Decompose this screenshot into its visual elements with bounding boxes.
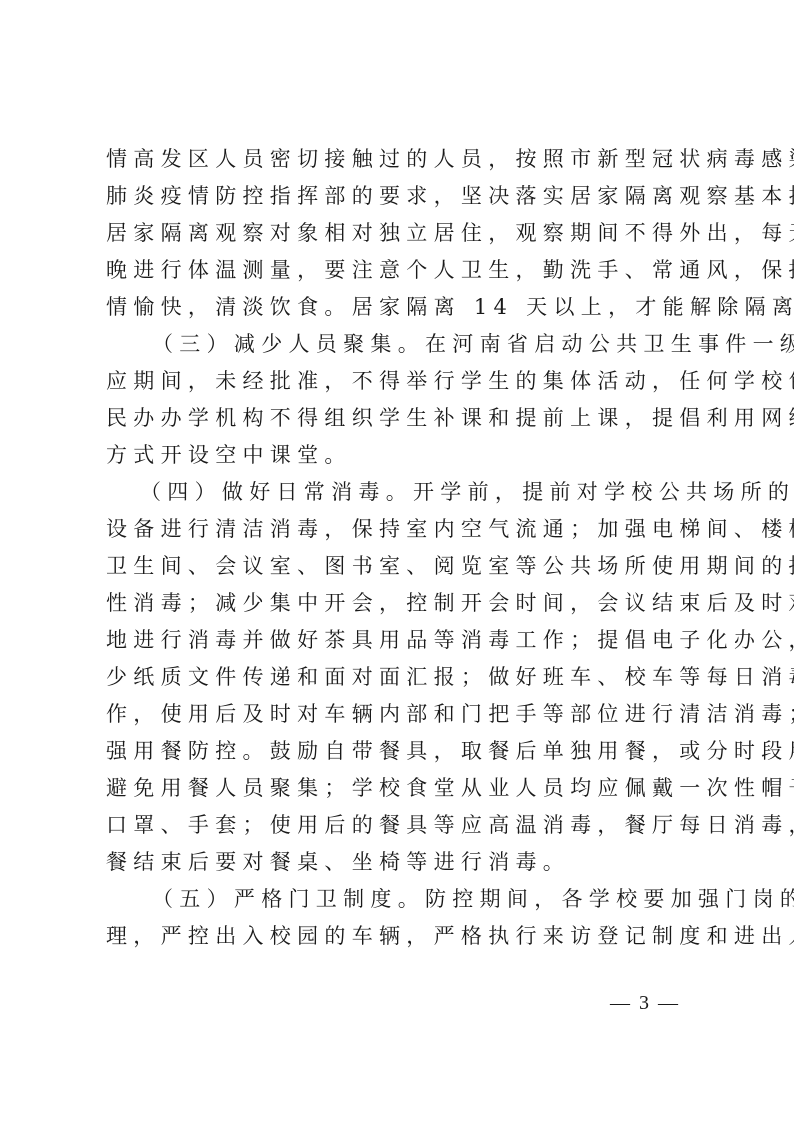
text-line: 情愉快，清淡饮食。居家隔离 14 天以上，才能解除隔离观察。 <box>106 289 688 326</box>
text-line: 理，严控出入校园的车辆，严格执行来访登记制度和进出入人 <box>106 918 688 955</box>
text-line: 地进行消毒并做好茶具用品等消毒工作；提倡电子化办公，减 <box>106 622 688 659</box>
text-line: 民办办学机构不得组织学生补课和提前上课，提倡利用网络等 <box>106 400 688 437</box>
text-line: 餐结束后要对餐桌、坐椅等进行消毒。 <box>106 844 688 881</box>
text-line: 口罩、手套；使用后的餐具等应高温消毒，餐厅每日消毒，就 <box>106 807 688 844</box>
text-line: 性消毒；减少集中开会，控制开会时间，会议结束后及时对场 <box>106 585 688 622</box>
paragraph-section-3: （三）减少人员聚集。在河南省启动公共卫生事件一级响 应期间，未经批准，不得举行学… <box>106 326 688 474</box>
text-line: 避免用餐人员聚集；学校食堂从业人员均应佩戴一次性帽子、 <box>106 770 688 807</box>
text-line: 方式开设空中课堂。 <box>106 437 688 474</box>
section-heading-line: （三）减少人员聚集。在河南省启动公共卫生事件一级响 <box>106 326 688 363</box>
paragraph-section-5: （五）严格门卫制度。防控期间，各学校要加强门岗的管 理，严控出入校园的车辆，严格… <box>106 881 688 955</box>
text-line: 卫生间、会议室、图书室、阅览室等公共场所使用期间的持续 <box>106 548 688 585</box>
section-heading-line: （五）严格门卫制度。防控期间，各学校要加强门岗的管 <box>106 881 688 918</box>
text-line: 强用餐防控。鼓励自带餐具，取餐后单独用餐，或分时段用餐， <box>106 733 688 770</box>
text-line: 情高发区人员密切接触过的人员，按照市新型冠状病毒感染的 <box>106 141 688 178</box>
text-line: 设备进行清洁消毒，保持室内空气流通；加强电梯间、楼梯间、 <box>106 511 688 548</box>
text-line: 少纸质文件传递和面对面汇报；做好班车、校车等每日消毒工 <box>106 659 688 696</box>
page-number: — 3 — <box>610 990 680 1016</box>
text-line: 作，使用后及时对车辆内部和门把手等部位进行清洁消毒；加 <box>106 696 688 733</box>
body-text: 情高发区人员密切接触过的人员，按照市新型冠状病毒感染的 肺炎疫情防控指挥部的要求… <box>106 141 688 955</box>
text-line: 居家隔离观察对象相对独立居住，观察期间不得外出，每天早 <box>106 215 688 252</box>
paragraph-continuation: 情高发区人员密切接触过的人员，按照市新型冠状病毒感染的 肺炎疫情防控指挥部的要求… <box>106 141 688 326</box>
section-heading-line: （四）做好日常消毒。开学前，提前对学校公共场所的设施 <box>106 474 688 511</box>
document-page: 情高发区人员密切接触过的人员，按照市新型冠状病毒感染的 肺炎疫情防控指挥部的要求… <box>0 0 794 1123</box>
text-line: 应期间，未经批准，不得举行学生的集体活动，任何学校包括 <box>106 363 688 400</box>
text-line: 晚进行体温测量，要注意个人卫生，勤洗手、常通风，保持心 <box>106 252 688 289</box>
text-line: 肺炎疫情防控指挥部的要求，坚决落实居家隔离观察基本措施。 <box>106 178 688 215</box>
paragraph-section-4: （四）做好日常消毒。开学前，提前对学校公共场所的设施 设备进行清洁消毒，保持室内… <box>106 474 688 881</box>
